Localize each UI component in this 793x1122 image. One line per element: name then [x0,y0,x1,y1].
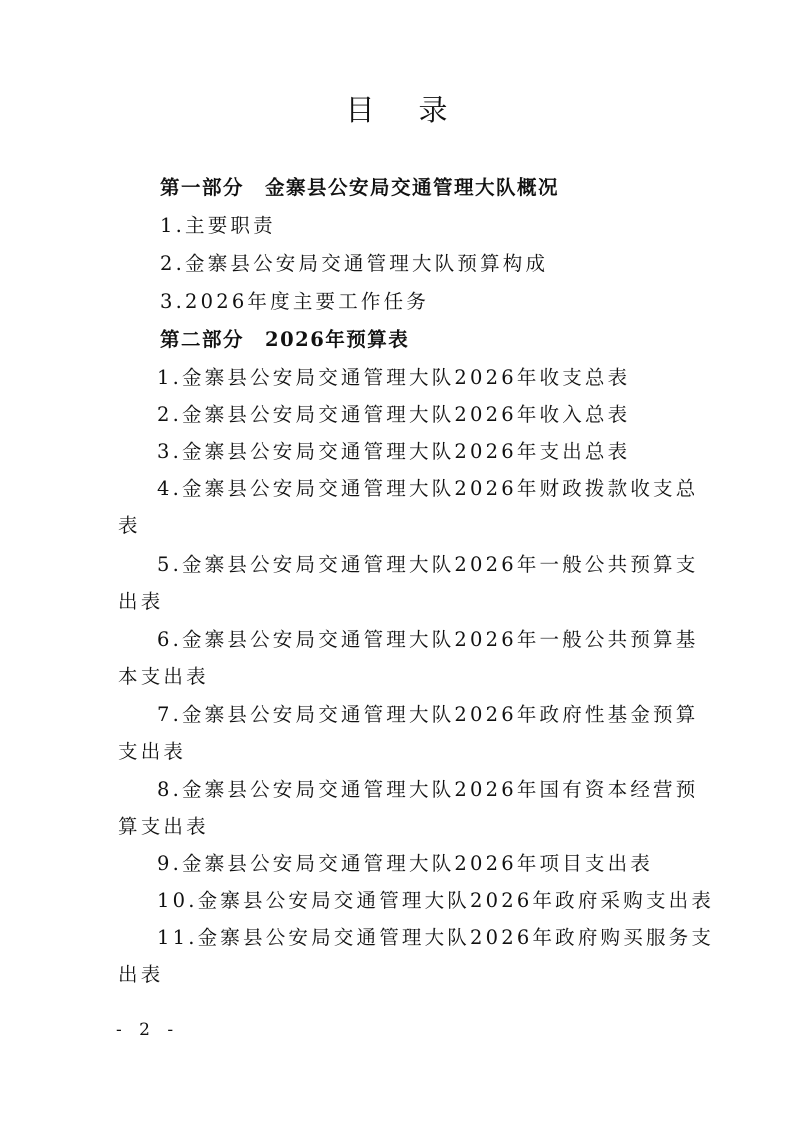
toc-item: 7.金寨县公安局交通管理大队2026年政府性基金预算 [157,703,698,727]
toc-item: 11.金寨县公安局交通管理大队2026年政府购买服务支 [157,926,714,950]
toc-item: 6.金寨县公安局交通管理大队2026年一般公共预算基 [157,628,698,652]
toc-item-continuation: 本支出表 [118,665,209,689]
toc-item-continuation: 出表 [118,963,163,987]
toc-item: 3.金寨县公安局交通管理大队2026年支出总表 [157,440,630,464]
page-number: - 2 - [116,1020,179,1040]
toc-item: 2.金寨县公安局交通管理大队预算构成 [160,252,548,276]
toc-item: 5.金寨县公安局交通管理大队2026年一般公共预算支 [157,553,698,577]
toc-item-continuation: 支出表 [118,740,186,764]
page-title: 目录 [0,88,793,129]
toc-item: 2.金寨县公安局交通管理大队2026年收入总表 [157,403,630,427]
toc-item-continuation: 算支出表 [118,815,209,839]
toc-item: 10.金寨县公安局交通管理大队2026年政府采购支出表 [157,889,714,913]
toc-item: 3.2026年度主要工作任务 [160,290,429,314]
toc-item: 4.金寨县公安局交通管理大队2026年财政拨款收支总 [157,477,698,501]
toc-item-continuation: 表 [118,514,141,538]
toc-part2-heading: 第二部分 2026年预算表 [160,328,409,352]
toc-item: 9.金寨县公安局交通管理大队2026年项目支出表 [157,852,653,876]
toc-item: 1.主要职责 [160,214,276,238]
toc-item: 1.金寨县公安局交通管理大队2026年收支总表 [157,366,630,390]
toc-item-continuation: 出表 [118,590,163,614]
toc-part1-heading: 第一部分 金寨县公安局交通管理大队概况 [160,176,559,200]
toc-item: 8.金寨县公安局交通管理大队2026年国有资本经营预 [157,778,698,802]
document-page: 目录 第一部分 金寨县公安局交通管理大队概况 1.主要职责 2.金寨县公安局交通… [0,0,793,1122]
